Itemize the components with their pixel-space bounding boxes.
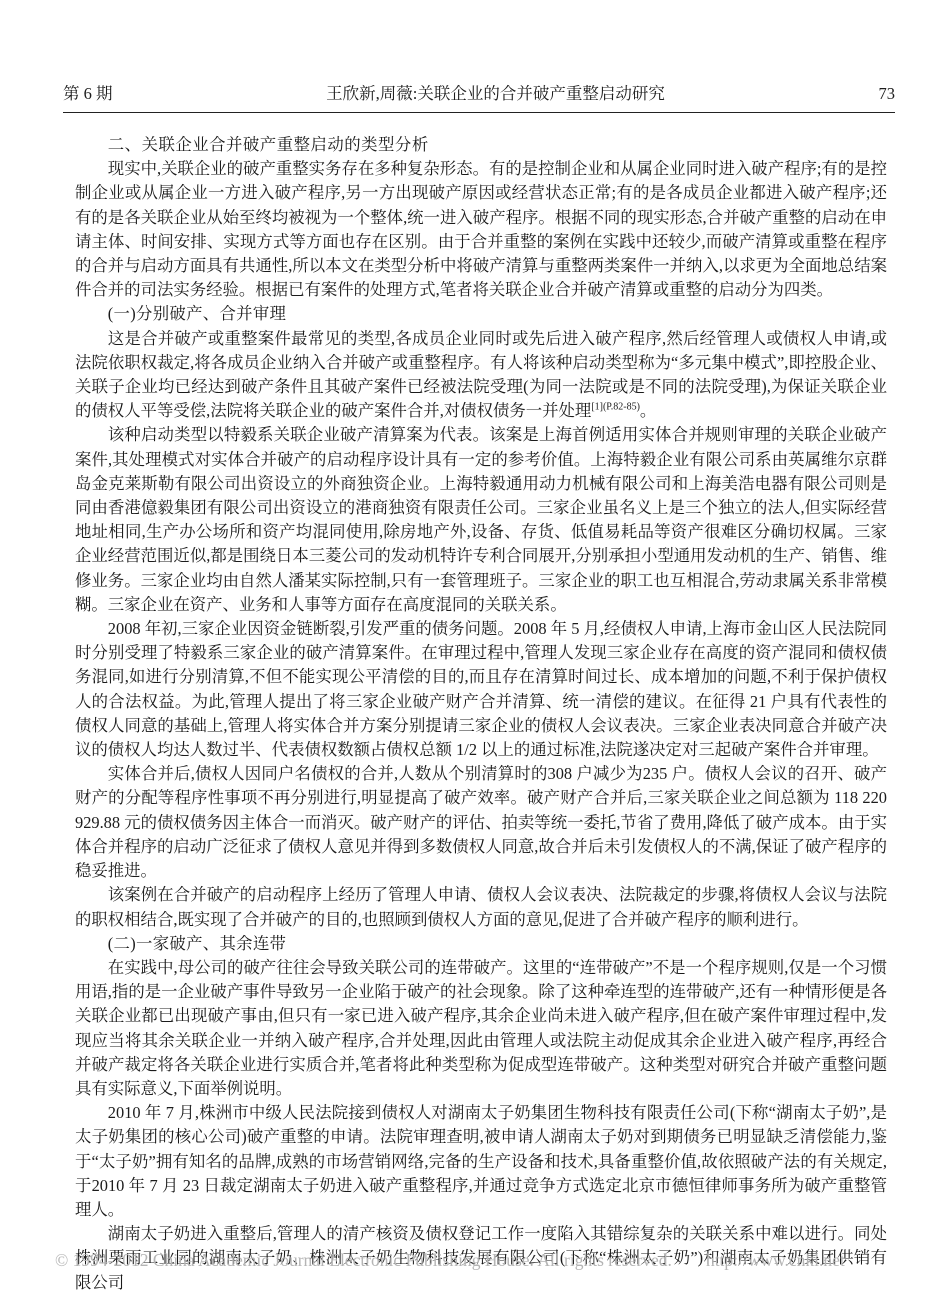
- copyright-text: © 1994-2012 China Academic Journal Elect…: [55, 1250, 672, 1270]
- paragraph: 在实践中,母公司的破产往往会导致关联公司的连带破产。这里的“连带破产”不是一个程…: [75, 956, 887, 1101]
- subsection-heading: (一)分别破产、合并审理: [75, 302, 887, 326]
- paragraph: 实体合并后,债权人因同户名债权的合并,人数从个别清算时的308 户减少为235 …: [75, 762, 887, 883]
- header-rule: [63, 112, 895, 113]
- paragraph: 这是合并破产或重整案件最常见的类型,各成员企业同时或先后进入破产程序,然后经管理…: [75, 327, 887, 424]
- page-number: 73: [879, 84, 896, 104]
- paragraph: 该案例在合并破产的启动程序上经历了管理人申请、债权人会议表决、法院裁定的步骤,将…: [75, 883, 887, 931]
- paragraph: 2010 年 7 月,株洲市中级人民法院接到债权人对湖南太子奶集团生物科技有限责…: [75, 1101, 887, 1222]
- paragraph: 现实中,关联企业的破产重整实务存在多种复杂形态。有的是控制企业和从属企业同时进入…: [75, 157, 887, 302]
- cnki-url: http://www.cnki.net: [706, 1250, 845, 1270]
- paragraph: 该种启动类型以特毅系关联企业破产清算案为代表。该案是上海首例适用实体合并规则审理…: [75, 423, 887, 617]
- running-header: 第 6 期 王欣新,周薇:关联企业的合并破产重整启动研究 73: [63, 80, 895, 104]
- footnote-reference: [1](P.82-85): [591, 402, 640, 413]
- journal-page: 第 6 期 王欣新,周薇:关联企业的合并破产重整启动研究 73 二、关联企业合并…: [0, 0, 950, 1299]
- subsection-heading: (二)一家破产、其余连带: [75, 932, 887, 956]
- paragraph: 2008 年初,三家企业因资金链断裂,引发严重的债务问题。2008 年 5 月,…: [75, 617, 887, 762]
- issue-label: 第 6 期: [63, 80, 113, 104]
- running-title: 王欣新,周薇:关联企业的合并破产重整启动研究: [113, 80, 879, 104]
- article-body: 二、关联企业合并破产重整启动的类型分析现实中,关联企业的破产重整实务存在多种复杂…: [75, 133, 887, 1295]
- section-heading: 二、关联企业合并破产重整启动的类型分析: [75, 133, 887, 157]
- scan-footer: © 1994-2012 China Academic Journal Elect…: [55, 1250, 895, 1271]
